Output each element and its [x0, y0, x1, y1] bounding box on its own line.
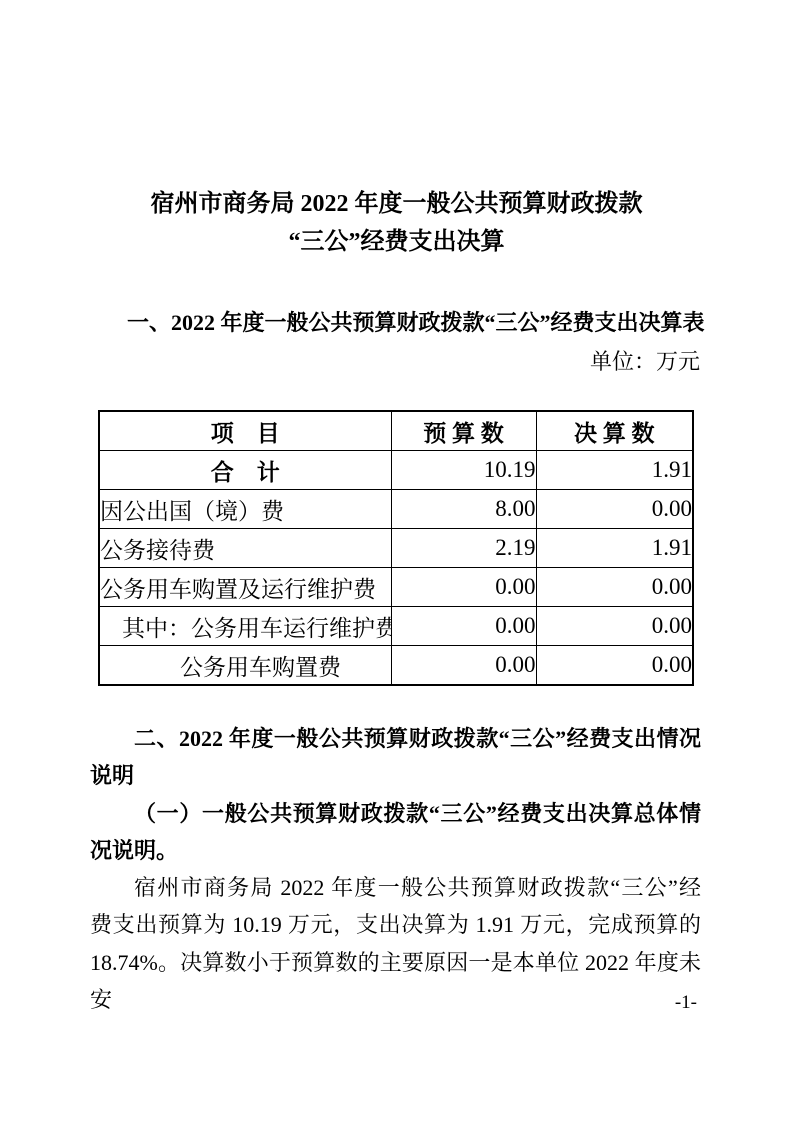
cell-final: 0.00 [536, 568, 693, 607]
expense-table: 项 目 预 算 数 决 算 数 合 计10.191.91因公出国（境）费8.00… [98, 410, 694, 686]
cell-budget: 10.19 [391, 451, 536, 490]
cell-final: 1.91 [536, 451, 693, 490]
table-body: 合 计10.191.91因公出国（境）费8.000.00公务接待费2.191.9… [99, 451, 693, 686]
cell-item: 其中：公务用车运行维护费 [99, 607, 391, 646]
unit-label: 单位：万元 [90, 343, 700, 381]
cell-budget: 0.00 [391, 607, 536, 646]
page-number: -1- [90, 991, 697, 1015]
text-line: 况说明。 [90, 832, 701, 869]
cell-item: 合 计 [99, 451, 391, 490]
cell-final: 0.00 [536, 607, 693, 646]
cell-budget: 0.00 [391, 568, 536, 607]
document-title: 宿州市商务局 2022 年度一般公共预算财政拨款 “三公”经费支出决算 [0, 185, 793, 261]
col-header-final: 决 算 数 [536, 411, 693, 451]
text-line: 二、2022 年度一般公共预算财政拨款“三公”经费支出情况 [90, 720, 701, 757]
title-line-2: “三公”经费支出决算 [0, 223, 793, 261]
col-header-item: 项 目 [99, 411, 391, 451]
table-header-row: 项 目 预 算 数 决 算 数 [99, 411, 693, 451]
text-line: （一）一般公共预算财政拨款“三公”经费支出决算总体情 [90, 795, 701, 832]
document-page: 宿州市商务局 2022 年度一般公共预算财政拨款 “三公”经费支出决算 一、20… [0, 0, 793, 1122]
cell-final: 0.00 [536, 646, 693, 686]
section2-text: 二、2022 年度一般公共预算财政拨款“三公”经费支出情况说明（一）一般公共预算… [90, 720, 701, 1018]
cell-item: 因公出国（境）费 [99, 490, 391, 529]
title-line-1: 宿州市商务局 2022 年度一般公共预算财政拨款 [0, 185, 793, 223]
cell-item: 公务用车购置费 [99, 646, 391, 686]
section1-heading: 一、2022 年度一般公共预算财政拨款“三公”经费支出决算表 [90, 304, 702, 342]
table-row: 公务接待费2.191.91 [99, 529, 693, 568]
cell-budget: 2.19 [391, 529, 536, 568]
table-row: 合 计10.191.91 [99, 451, 693, 490]
col-header-budget: 预 算 数 [391, 411, 536, 451]
cell-budget: 0.00 [391, 646, 536, 686]
cell-item: 公务用车购置及运行维护费 [99, 568, 391, 607]
cell-final: 0.00 [536, 490, 693, 529]
cell-item: 公务接待费 [99, 529, 391, 568]
cell-budget: 8.00 [391, 490, 536, 529]
text-line: 费支出预算为 10.19 万元，支出决算为 1.91 万元，完成预算的 [90, 906, 701, 943]
table-row: 因公出国（境）费8.000.00 [99, 490, 693, 529]
cell-final: 1.91 [536, 529, 693, 568]
table-row: 公务用车购置费0.000.00 [99, 646, 693, 686]
text-line: 说明 [90, 757, 701, 794]
table-row: 公务用车购置及运行维护费0.000.00 [99, 568, 693, 607]
text-line: 宿州市商务局 2022 年度一般公共预算财政拨款“三公”经 [90, 869, 701, 906]
table-row: 其中：公务用车运行维护费0.000.00 [99, 607, 693, 646]
